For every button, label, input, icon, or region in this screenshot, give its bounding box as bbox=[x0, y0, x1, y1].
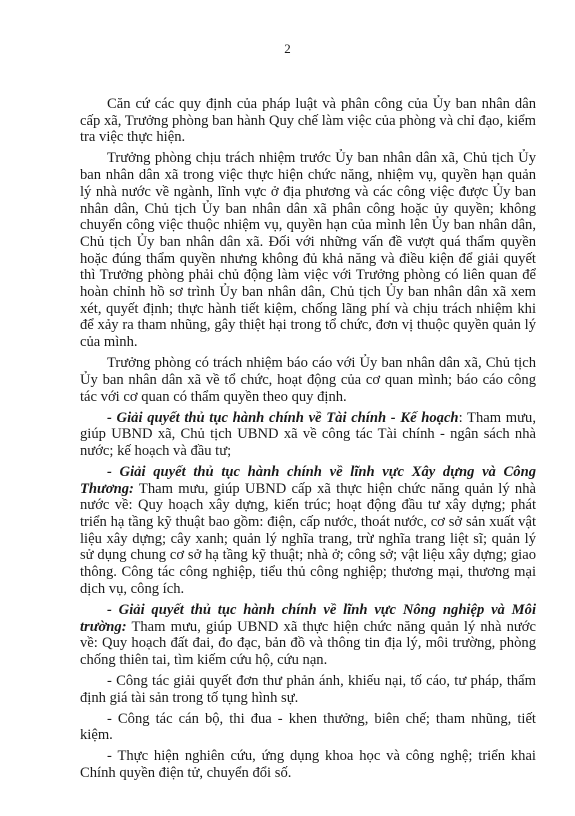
paragraph-construction-trade: - Giải quyết thủ tục hành chính về lĩnh … bbox=[80, 464, 536, 598]
document-page: 2 Căn cứ các quy định của pháp luật và p… bbox=[0, 0, 575, 816]
paragraph-agriculture-environment: - Giải quyết thủ tục hành chính về lĩnh … bbox=[80, 602, 536, 669]
page-number: 2 bbox=[0, 41, 575, 57]
heading-finance-planning: - Giải quyết thủ tục hành chính về Tài c… bbox=[107, 410, 459, 426]
paragraph-personnel-emulation: - Công tác cán bộ, thi đua - khen thưởng… bbox=[80, 711, 536, 744]
paragraph-regulation-basis: Căn cứ các quy định của pháp luật và phâ… bbox=[80, 96, 536, 146]
text-agriculture-environment: Tham mưu, giúp UBND xã thực hiện chức nă… bbox=[80, 619, 536, 668]
document-body: Căn cứ các quy định của pháp luật và phâ… bbox=[80, 96, 536, 786]
text-construction-trade: Tham mưu, giúp UBND cấp xã thực hiện chứ… bbox=[80, 481, 536, 597]
paragraph-finance-planning: - Giải quyết thủ tục hành chính về Tài c… bbox=[80, 410, 536, 460]
paragraph-science-digital: - Thực hiện nghiên cứu, ứng dụng khoa họ… bbox=[80, 748, 536, 781]
paragraph-head-responsibility: Trưởng phòng chịu trách nhiệm trước Ủy b… bbox=[80, 150, 536, 350]
paragraph-complaints-justice: - Công tác giải quyết đơn thư phản ánh, … bbox=[80, 673, 536, 706]
paragraph-reporting-duty: Trưởng phòng có trách nhiệm báo cáo với … bbox=[80, 355, 536, 405]
